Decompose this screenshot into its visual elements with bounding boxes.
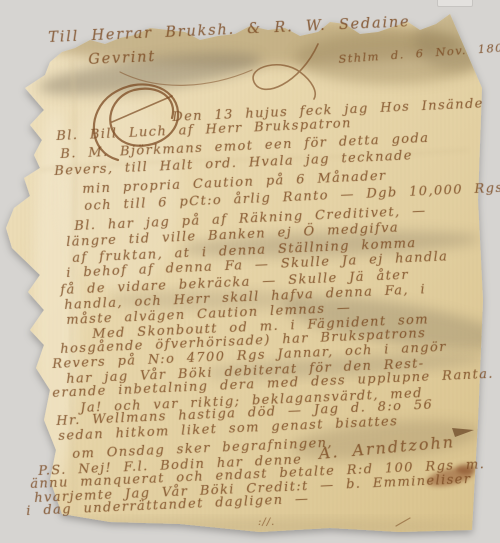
paper-stains <box>0 0 500 543</box>
scanned-letter-scene: Till Herrar Bruksh. & R. W. Sedaine Gevr… <box>0 0 500 543</box>
paper-scan <box>0 0 500 543</box>
